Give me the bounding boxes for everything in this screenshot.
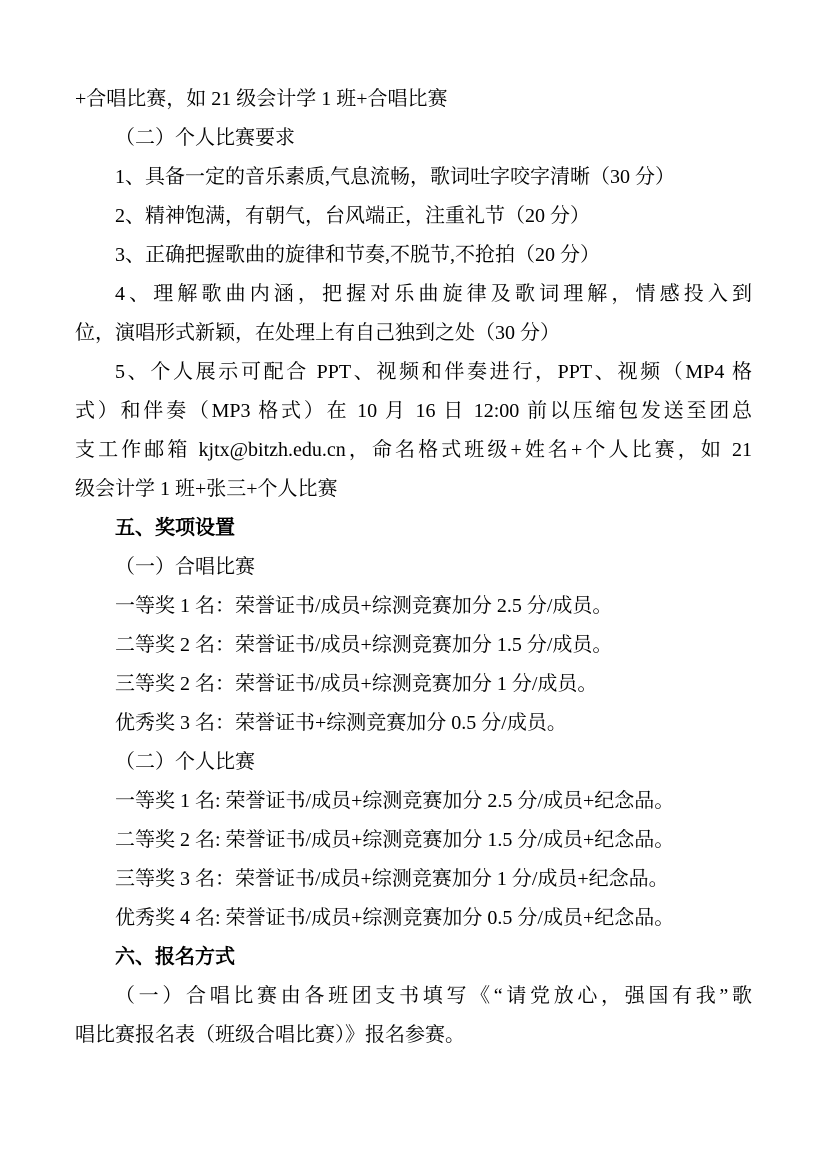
award-item: 优秀奖 4 名: 荣誉证书/成员+综测竞赛加分 0.5 分/成员+纪念品。	[75, 899, 752, 938]
award-item: 三等奖 2 名：荣誉证书/成员+综测竞赛加分 1 分/成员。	[75, 665, 752, 704]
award-item: 二等奖 2 名: 荣誉证书/成员+综测竞赛加分 1.5 分/成员+纪念品。	[75, 821, 752, 860]
document-page: +合唱比赛，如 21 级会计学 1 班+合唱比赛 （二）个人比赛要求 1、具备一…	[0, 0, 827, 1169]
paragraph-continuation-line: 唱比赛报名表（班级合唱比赛）》报名参赛。	[75, 1016, 752, 1055]
subsection-heading-individual-awards: （二）个人比赛	[75, 743, 752, 782]
award-item: 一等奖 1 名：荣誉证书/成员+综测竞赛加分 2.5 分/成员。	[75, 587, 752, 626]
section-heading-awards: 五、奖项设置	[75, 509, 752, 548]
award-item: 一等奖 1 名: 荣誉证书/成员+综测竞赛加分 2.5 分/成员+纪念品。	[75, 782, 752, 821]
continuation-line: +合唱比赛，如 21 级会计学 1 班+合唱比赛	[75, 80, 752, 119]
award-item: 二等奖 2 名：荣誉证书/成员+综测竞赛加分 1.5 分/成员。	[75, 626, 752, 665]
requirement-item: 3、正确把握歌曲的旋律和节奏,不脱节,不抢拍（20 分）	[75, 236, 752, 275]
requirement-item-continuation: 级会计学 1 班+张三+个人比赛	[75, 470, 752, 509]
requirement-item-continuation: 式）和伴奏（MP3 格式）在 10 月 16 日 12:00 前以压缩包发送至团…	[75, 392, 752, 431]
subsection-heading-chorus-awards: （一）合唱比赛	[75, 548, 752, 587]
paragraph-line: （一）合唱比赛由各班团支书填写《“请党放心，强国有我”歌	[75, 977, 752, 1016]
requirement-item: 4、理解歌曲内涵，把握对乐曲旋律及歌词理解，情感投入到	[75, 275, 752, 314]
subsection-heading-individual-requirements: （二）个人比赛要求	[75, 119, 752, 158]
requirement-item: 1、具备一定的音乐素质,气息流畅，歌词吐字咬字清晰（30 分）	[75, 158, 752, 197]
requirement-item-continuation: 位，演唱形式新颖，在处理上有自己独到之处（30 分）	[75, 314, 752, 353]
requirement-item-continuation: 支工作邮箱 kjtx@bitzh.edu.cn，命名格式班级+姓名+个人比赛，如…	[75, 431, 752, 470]
section-heading-registration: 六、报名方式	[75, 938, 752, 977]
requirement-item: 2、精神饱满，有朝气，台风端正，注重礼节（20 分）	[75, 197, 752, 236]
award-item: 三等奖 3 名：荣誉证书/成员+综测竞赛加分 1 分/成员+纪念品。	[75, 860, 752, 899]
award-item: 优秀奖 3 名：荣誉证书+综测竞赛加分 0.5 分/成员。	[75, 704, 752, 743]
requirement-item: 5、个人展示可配合 PPT、视频和伴奏进行，PPT、视频（MP4 格	[75, 353, 752, 392]
